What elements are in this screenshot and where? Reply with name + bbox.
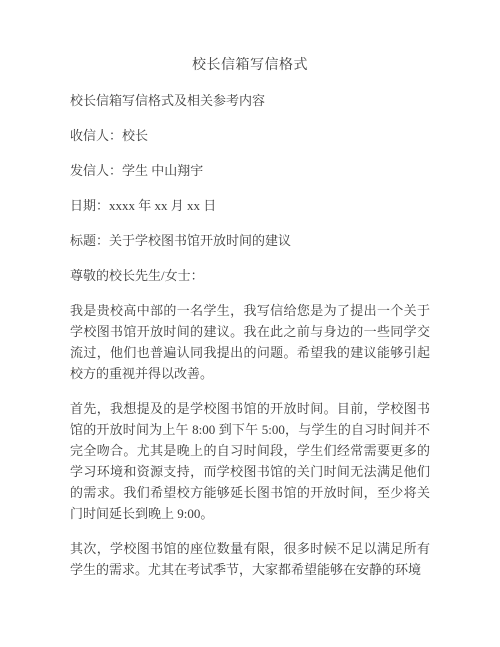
body-paragraph-seating: 其次，学校图书馆的座位数量有限，很多时候不足以满足所有学生的需求。尤其在考试季节… (70, 538, 430, 580)
meta-subject-line: 标题：关于学校图书馆开放时间的建议 (70, 230, 430, 251)
meta-date-line: 日期：xxxx 年 xx 月 xx 日 (70, 195, 430, 216)
salutation: 尊敬的校长先生/女士： (70, 265, 430, 286)
document-subtitle: 校长信箱写信格式及相关参考内容 (70, 90, 430, 111)
document-viewport: 校长信箱写信格式 校长信箱写信格式及相关参考内容 收信人：校长 发信人：学生 中… (0, 0, 500, 647)
document-title: 校长信箱写信格式 (70, 55, 430, 76)
body-paragraph-opening-hours: 首先，我想提及的是学校图书馆的开放时间。目前，学校图书馆的开放时间为上午 8:0… (70, 398, 430, 524)
letter-document-page: 校长信箱写信格式 校长信箱写信格式及相关参考内容 收信人：校长 发信人：学生 中… (0, 0, 500, 647)
body-paragraph-intro: 我是贵校高中部的一名学生，我写信给您是为了提出一个关于学校图书馆开放时间的建议。… (70, 300, 430, 384)
meta-sender-line: 发信人：学生 中山翔宇 (70, 160, 430, 181)
meta-recipient-line: 收信人：校长 (70, 125, 430, 146)
